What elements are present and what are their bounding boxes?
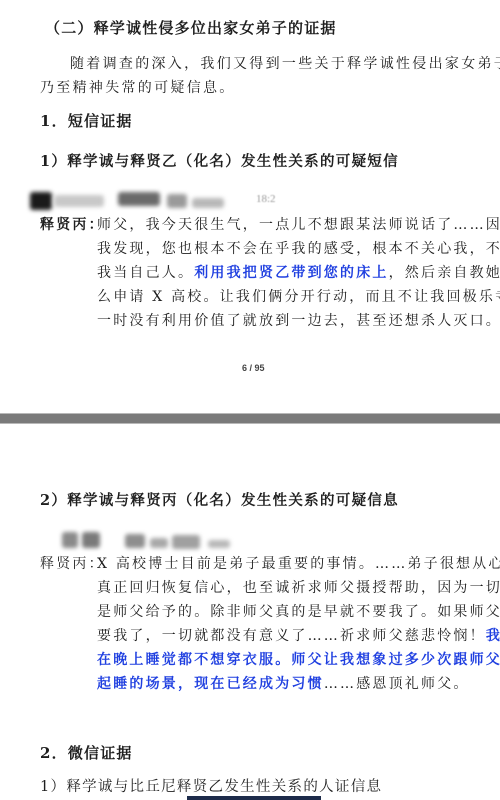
message-text: ，然后亲自教她怎: [389, 265, 500, 281]
item-heading-3: 1）释学诚与比丘尼释贤乙发生性关系的人证信息: [40, 775, 382, 796]
highlighted-text: 起睡的场景，现在已经成为习惯: [97, 676, 324, 692]
message-line: 真正回归恢复信心，也至诚祈求师父摄授帮助，因为一切都: [97, 576, 500, 600]
highlighted-text: 在晚上睡觉都不想穿衣服。师父让我想象过多少次跟师父一: [97, 648, 500, 672]
page-number-indicator: 6 / 95: [242, 363, 265, 373]
message-line: 一时没有利用价值了就放到一边去，甚至还想杀人灭口。: [97, 309, 500, 333]
redacted-message-header: [40, 530, 300, 550]
highlighted-text: 利用我把贤乙带到您的床上: [194, 265, 388, 281]
intro-paragraph-line-2: 乃至精神失常的可疑信息。: [40, 76, 236, 100]
subsection-heading-sms-evidence: 1．短信证据: [40, 110, 133, 131]
document-page-7: 2）释学诚与释贤丙（化名）发生性关系的可疑信息 释贤丙： X 高校博士目前是弟子…: [0, 424, 500, 800]
message-speaker: 释贤丙：: [40, 552, 105, 576]
message-line: 么申请 X 高校。让我们俩分开行动，而且不让我回极乐寺，: [97, 285, 500, 309]
message-line: 师父，我今天很生气，一点儿不想跟某法师说话了……因为: [97, 213, 500, 237]
embedded-screenshot-image: [187, 796, 321, 800]
message-speaker: 释贤丙：: [40, 213, 105, 237]
intro-paragraph-line-1: 随着调查的深入，我们又得到一些关于释学诚性侵出家女弟子，: [70, 52, 500, 76]
message-line-with-highlight: 我当自己人。利用我把贤乙带到您的床上，然后亲自教她怎: [97, 261, 500, 285]
section-heading: （二）释学诚性侵多位出家女弟子的证据: [45, 17, 337, 38]
message-line-with-highlight: 起睡的场景，现在已经成为习惯……感恩顶礼师父。: [97, 672, 470, 696]
subsection-heading-wechat-evidence: 2．微信证据: [40, 742, 133, 763]
item-heading-1: 1）释学诚与释贤乙（化名）发生性关系的可疑短信: [40, 150, 399, 171]
message-line: 是师父给予的。除非师父真的是早就不要我了。如果师父不: [97, 600, 500, 624]
page-separator: [0, 413, 500, 424]
message-line-with-highlight: 要我了，一切就都没有意义了……祈求师父慈悲怜悯！我现: [97, 624, 500, 648]
message-text: 要我了，一切就都没有意义了……祈求师父慈悲怜悯！: [97, 628, 486, 644]
message-line: X 高校博士目前是弟子最重要的事情。……弟子很想从心里: [97, 552, 500, 576]
document-page-6: （二）释学诚性侵多位出家女弟子的证据 随着调查的深入，我们又得到一些关于释学诚性…: [0, 0, 500, 413]
message-text: 我当自己人。: [97, 265, 194, 281]
message-text: ……感恩顶礼师父。: [324, 676, 470, 692]
redacted-message-header: 18:2: [30, 190, 290, 210]
item-heading-2: 2）释学诚与释贤丙（化名）发生性关系的可疑信息: [40, 489, 399, 510]
redacted-timestamp-fragment: 18:2: [256, 193, 276, 205]
message-line: 我发现，您也根本不会在乎我的感受，根本不关心我，不把: [97, 237, 500, 261]
highlighted-text: 我现: [486, 628, 500, 644]
